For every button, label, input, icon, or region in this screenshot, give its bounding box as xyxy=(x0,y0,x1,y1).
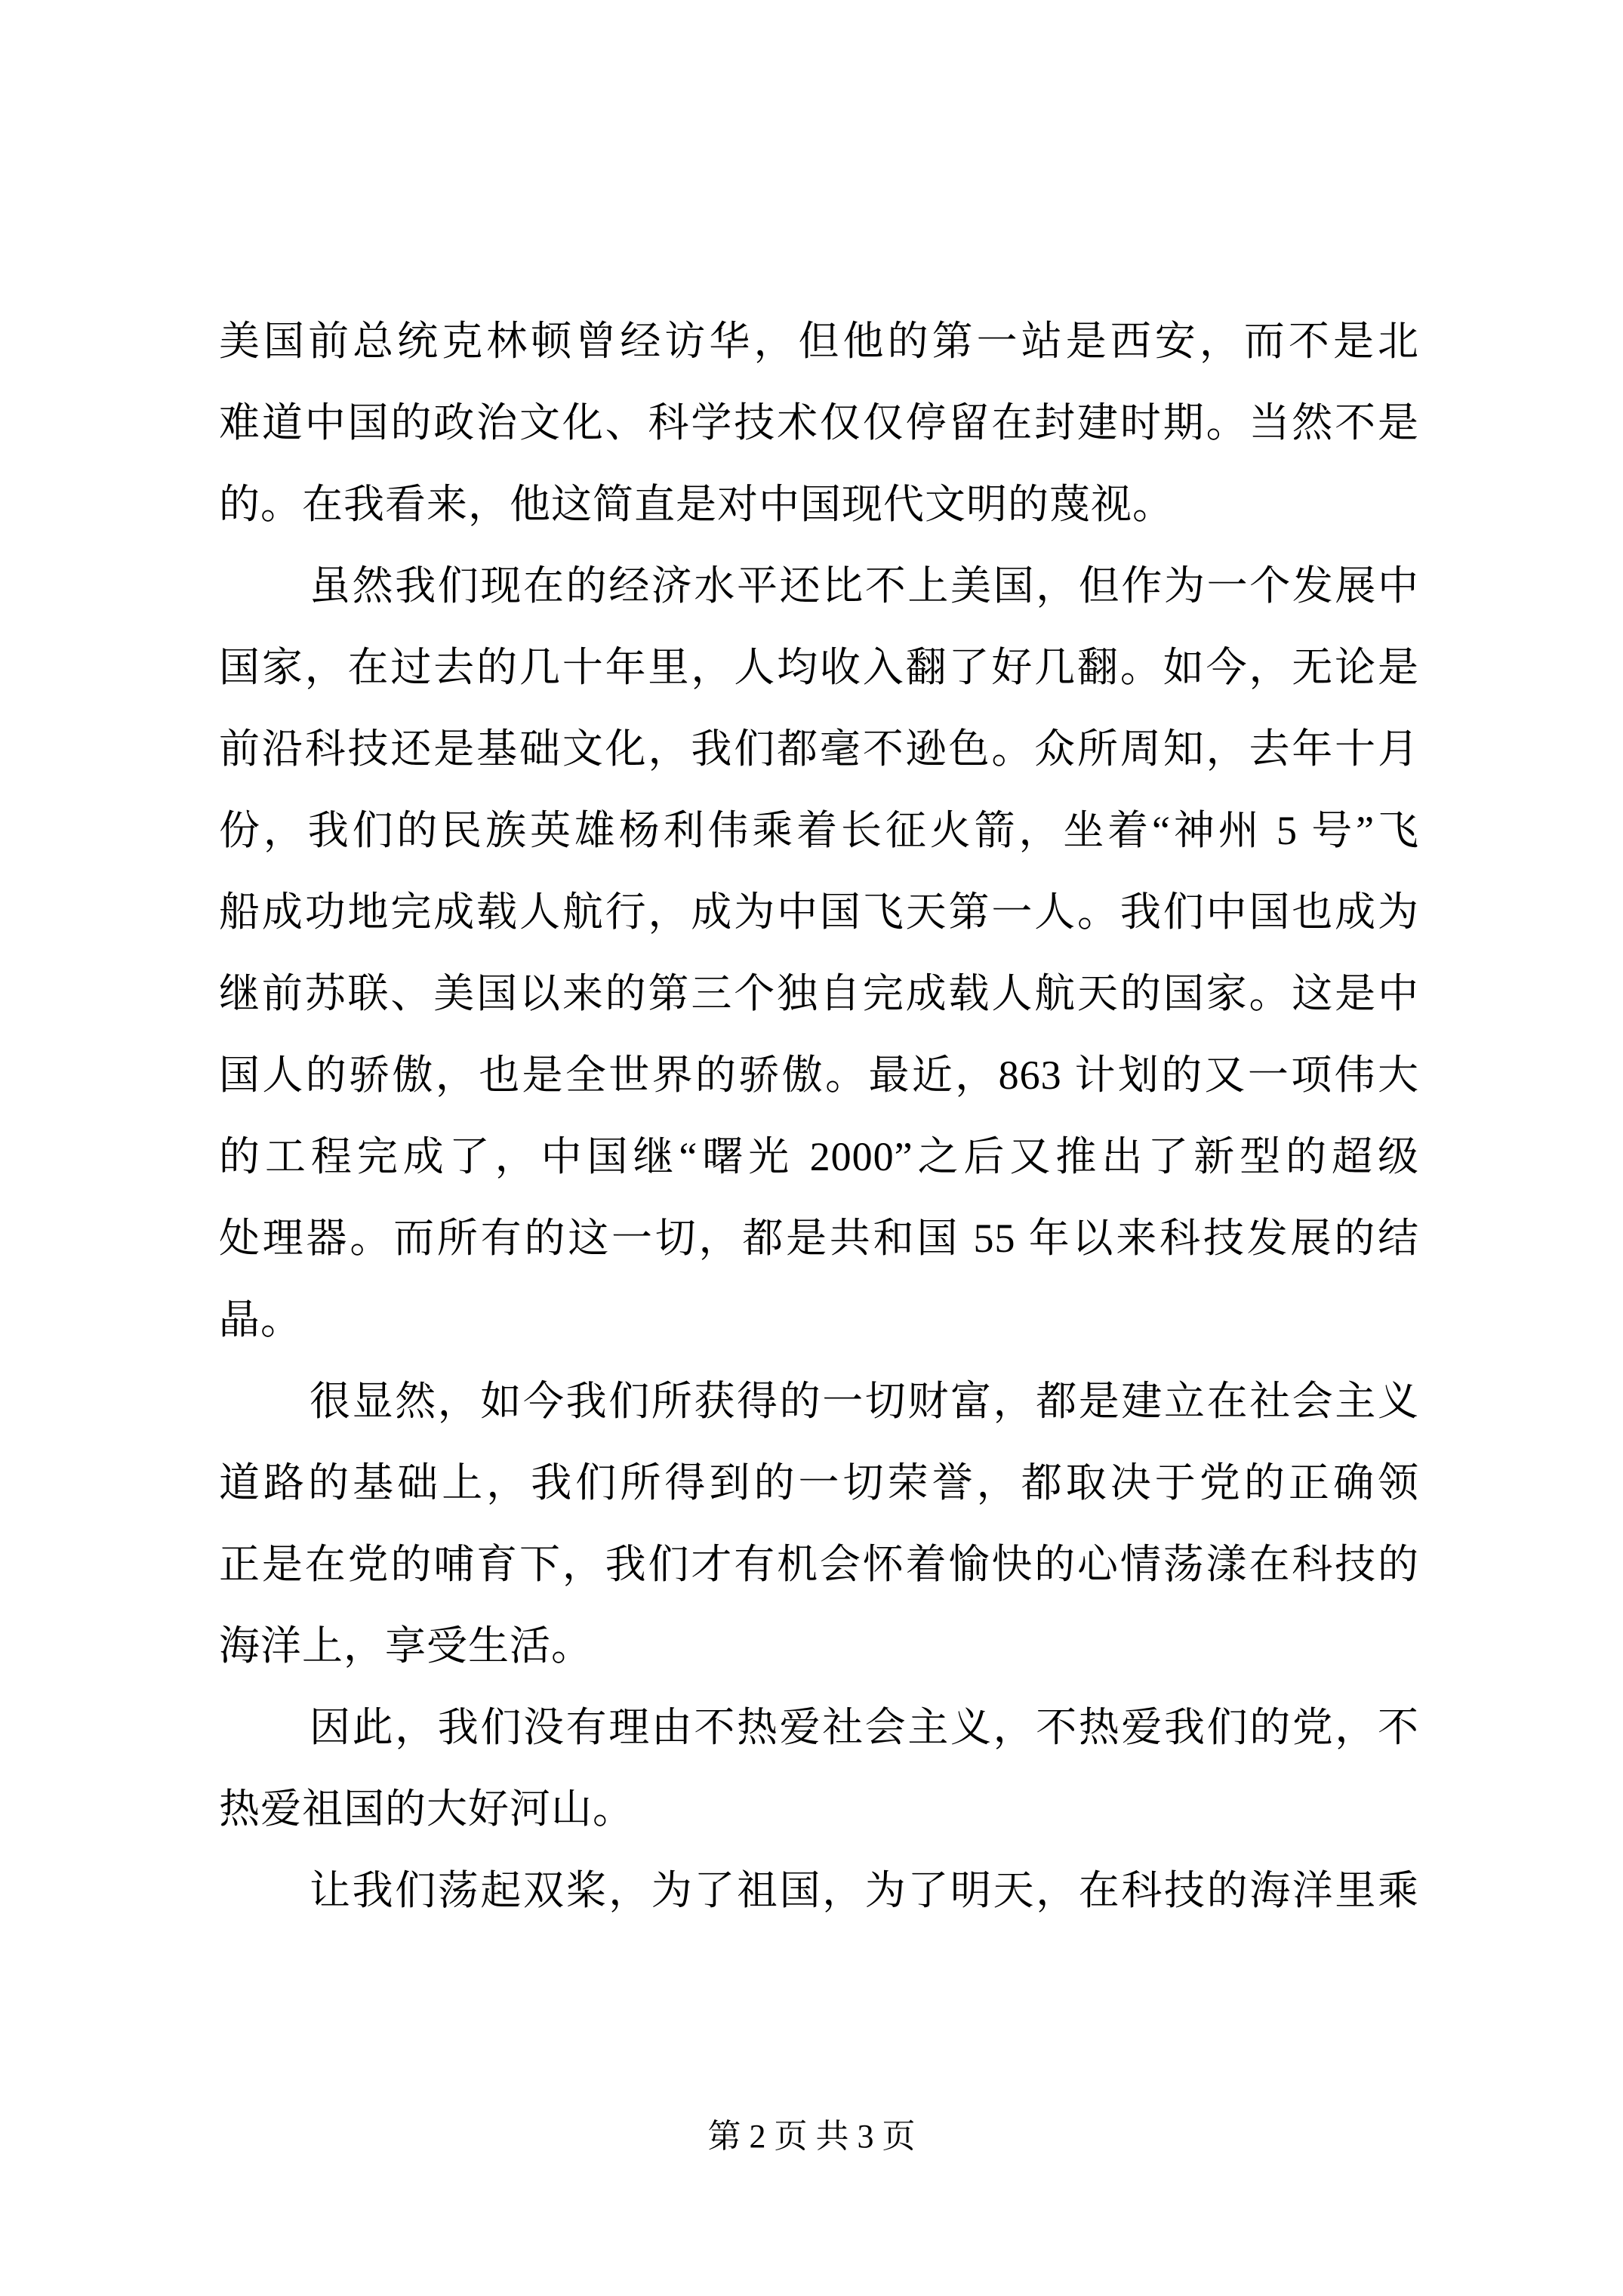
text-line: 份，我们的民族英雄杨利伟乘着长征火箭，坐着“神州 5 号”飞 xyxy=(219,790,1419,871)
text-line: 虽然我们现在的经济水平还比不上美国，但作为一个发展中 xyxy=(219,545,1419,627)
text-line: 让我们荡起双桨，为了祖国，为了明天，在科技的海洋里乘 xyxy=(219,1850,1419,1931)
text-line: 的。在我看来，他这简直是对中国现代文明的蔑视。 xyxy=(219,464,1419,545)
text-line: 海洋上，享受生活。 xyxy=(219,1605,1419,1687)
text-line: 船成功地完成载人航行，成为中国飞天第一人。我们中国也成为 xyxy=(219,871,1419,953)
document-body: 美国前总统克林顿曾经访华，但他的第一站是西安，而不是北京。 难道中国的政治文化、… xyxy=(219,300,1419,1931)
text-line: 难道中国的政治文化、科学技术仅仅停留在封建时期。当然不是 xyxy=(219,382,1419,464)
text-line: 国人的骄傲，也是全世界的骄傲。最近，863 计划的又一项伟大 xyxy=(219,1034,1419,1116)
text-line: 的工程完成了，中国继“曙光 2000”之后又推出了新型的超级 xyxy=(219,1116,1419,1197)
text-line: 很显然，如今我们所获得的一切财富，都是建立在社会主义 xyxy=(219,1361,1419,1442)
text-line: 美国前总统克林顿曾经访华，但他的第一站是西安，而不是北京。 xyxy=(219,300,1419,382)
document-page: 美国前总统克林顿曾经访华，但他的第一站是西安，而不是北京。 难道中国的政治文化、… xyxy=(0,0,1623,2296)
text-line: 处理器。而所有的这一切，都是共和国 55 年以来科技发展的结 xyxy=(219,1197,1419,1279)
text-line: 正是在党的哺育下，我们才有机会怀着愉快的心情荡漾在科技的 xyxy=(219,1524,1419,1605)
text-line: 道路的基础上，我们所得到的一切荣誉，都取决于党的正确领导。 xyxy=(219,1442,1419,1524)
text-line: 前沿科技还是基础文化，我们都毫不逊色。众所周知，去年十月 xyxy=(219,708,1419,790)
text-line: 晶。 xyxy=(219,1279,1419,1361)
text-line: 国家，在过去的几十年里，人均收入翻了好几翻。如今，无论是 xyxy=(219,627,1419,708)
page-footer: 第 2 页 共 3 页 xyxy=(0,2114,1623,2159)
text-line: 热爱祖国的大好河山。 xyxy=(219,1768,1419,1850)
text-line: 继前苏联、美国以来的第三个独自完成载人航天的国家。这是中 xyxy=(219,953,1419,1034)
page-number-indicator: 第 2 页 共 3 页 xyxy=(708,2118,916,2155)
text-line: 因此，我们没有理由不热爱社会主义，不热爱我们的党，不 xyxy=(219,1687,1419,1768)
